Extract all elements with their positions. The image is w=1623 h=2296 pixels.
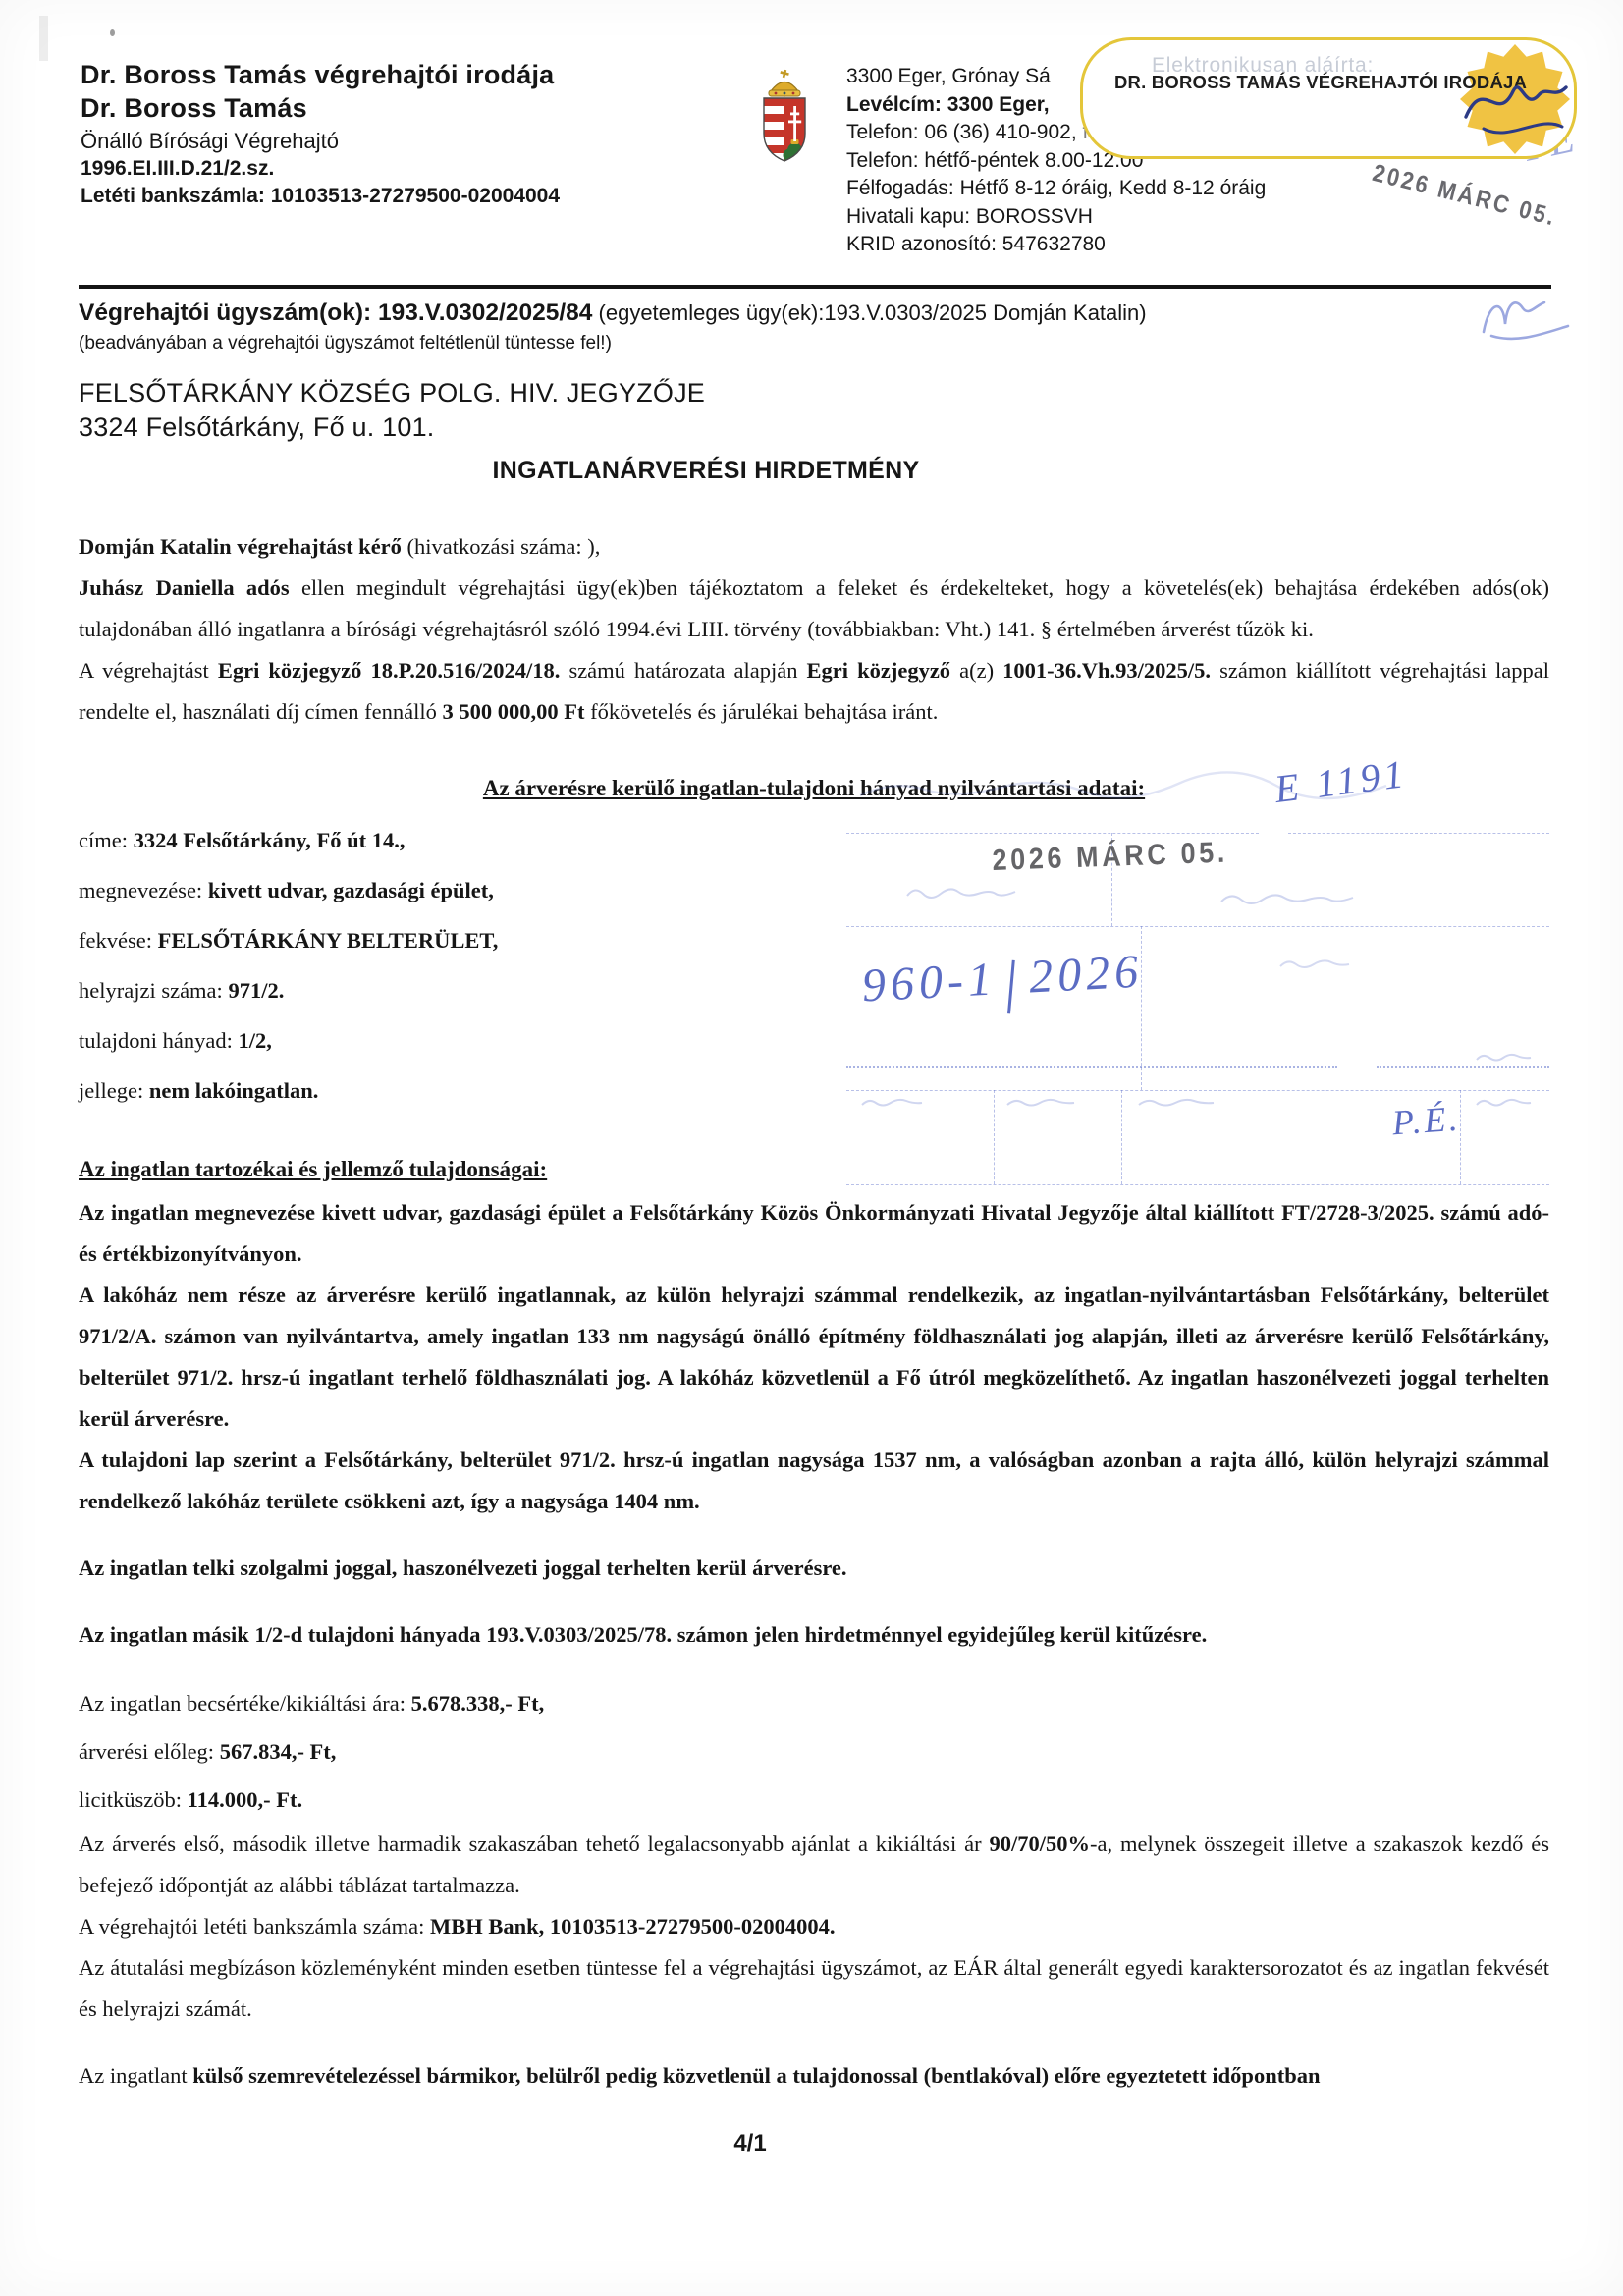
contact-office-hours: Félfogadás: Hétfő 8-12 óráig, Kedd 8-12 … <box>846 175 1269 203</box>
price-block: Az ingatlan becsértéke/kikiáltási ára: 5… <box>79 1679 1549 1824</box>
header-office-block: Dr. Boross Tamás végrehajtói irodája Dr.… <box>81 59 560 210</box>
case-number-note: (beadványában a végrehajtói ügyszámot fe… <box>79 333 1549 355</box>
paragraph-auction-phases: Az árverés első, második illetve harmadi… <box>79 1824 1549 1906</box>
document-title: INGATLANÁRVERÉSI HIRDETMÉNY <box>79 457 1549 485</box>
paragraph-execution-order: A végrehajtást Egri közjegyző 18.P.20.51… <box>79 650 1549 733</box>
paragraph-debtor-notice: Juhász Daniella adós ellen megindult vég… <box>79 568 1549 650</box>
addressee-name: FELSŐTÁRKÁNY KÖZSÉG POLG. HIV. JEGYZŐJE <box>79 376 1549 410</box>
form-line <box>846 1184 1549 1185</box>
e-signature-stamp: Elektronikusan aláírta: DR. BOROSS TAMÁS… <box>1080 37 1577 159</box>
price-row-estimated-value: Az ingatlan becsértéke/kikiáltási ára: 5… <box>79 1679 1549 1727</box>
case-number-line: Végrehajtói ügyszám(ok): 193.V.0302/2025… <box>79 297 1549 332</box>
paragraph-viewing: Az ingatlant külső szemrevételezéssel bá… <box>79 2055 1549 2097</box>
section-heading-property-features: Az ingatlan tartozékai és jellemző tulaj… <box>79 1157 1549 1182</box>
handwriting-squiggle <box>854 770 1404 805</box>
paragraph-easements: Az ingatlan telki szolgalmi joggal, hasz… <box>79 1548 1549 1589</box>
addressee-address: 3324 Felsőtárkány, Fő u. 101. <box>79 410 1549 445</box>
hungarian-coat-of-arms-icon <box>754 69 815 172</box>
bailiff-name: Dr. Boross Tamás <box>81 92 560 126</box>
holy-crown <box>769 69 800 96</box>
paragraph-transfer-reference: Az átutalási megbízáson közleményként mi… <box>79 1947 1549 2030</box>
handwritten-paraph-icon <box>1478 293 1586 344</box>
property-row-ownership-share: tulajdoni hányad: 1/2, <box>79 1015 1549 1066</box>
property-row-parcel-number: helyrajzi száma: 971/2. <box>79 965 1549 1015</box>
deposit-account: Letéti bankszámla: 10103513-27279500-020… <box>81 184 560 209</box>
paragraph-other-half-share: Az ingatlan másik 1/2-d tulajdoni hányad… <box>79 1614 1549 1656</box>
scan-speck <box>110 29 115 36</box>
document-page: Dr. Boross Tamás végrehajtói irodája Dr.… <box>0 0 1623 2296</box>
price-row-bid-increment: licitküszöb: 114.000,- Ft. <box>79 1776 1549 1824</box>
property-row-character: jellege: nem lakóingatlan. <box>79 1066 1549 1116</box>
registry-number: 1996.EI.III.D.21/2.sz. <box>81 156 560 182</box>
document-body: Végrehajtói ügyszám(ok): 193.V.0302/2025… <box>79 297 1549 2158</box>
paragraph-claimant: Domján Katalin végrehajtást kérő (hivatk… <box>79 526 1549 568</box>
page-number: 4/1 <box>79 2130 1549 2158</box>
header-divider-rule <box>79 285 1551 289</box>
paragraph-dwelling-not-included: A lakóház nem része az árverésre kerülő … <box>79 1275 1549 1440</box>
contact-phone: Telefon: 06 (36) 410-902, <box>846 121 1083 143</box>
paragraph-designation-certificate: Az ingatlan megnevezése kivett udvar, ga… <box>79 1192 1549 1275</box>
property-row-address: címe: 3324 Felsőtárkány, Fő út 14., <box>79 815 1549 865</box>
price-row-auction-advance: árverési előleg: 567.834,- Ft, <box>79 1727 1549 1776</box>
signature-scribble-icon <box>1456 50 1574 158</box>
paragraph-deposit-account: A végrehajtói letéti bankszámla száma: M… <box>79 1906 1549 1947</box>
property-row-designation: megnevezése: kivett udvar, gazdasági épü… <box>79 865 1549 915</box>
contact-krid: KRID azonosító: 547632780 <box>846 231 1269 259</box>
bailiff-role: Önálló Bírósági Végrehajtó <box>81 128 560 155</box>
paragraph-land-size: A tulajdoni lap szerint a Felsőtárkány, … <box>79 1440 1549 1522</box>
property-row-location: fekvése: FELSŐTÁRKÁNY BELTERÜLET, <box>79 915 1549 965</box>
scan-edge-smudge <box>39 16 48 61</box>
property-data-block: címe: 3324 Felsőtárkány, Fő út 14., megn… <box>79 815 1549 1135</box>
contact-gov-portal: Hivatali kapu: BOROSSVH <box>846 203 1269 232</box>
office-name: Dr. Boross Tamás végrehajtói irodája <box>81 59 560 92</box>
